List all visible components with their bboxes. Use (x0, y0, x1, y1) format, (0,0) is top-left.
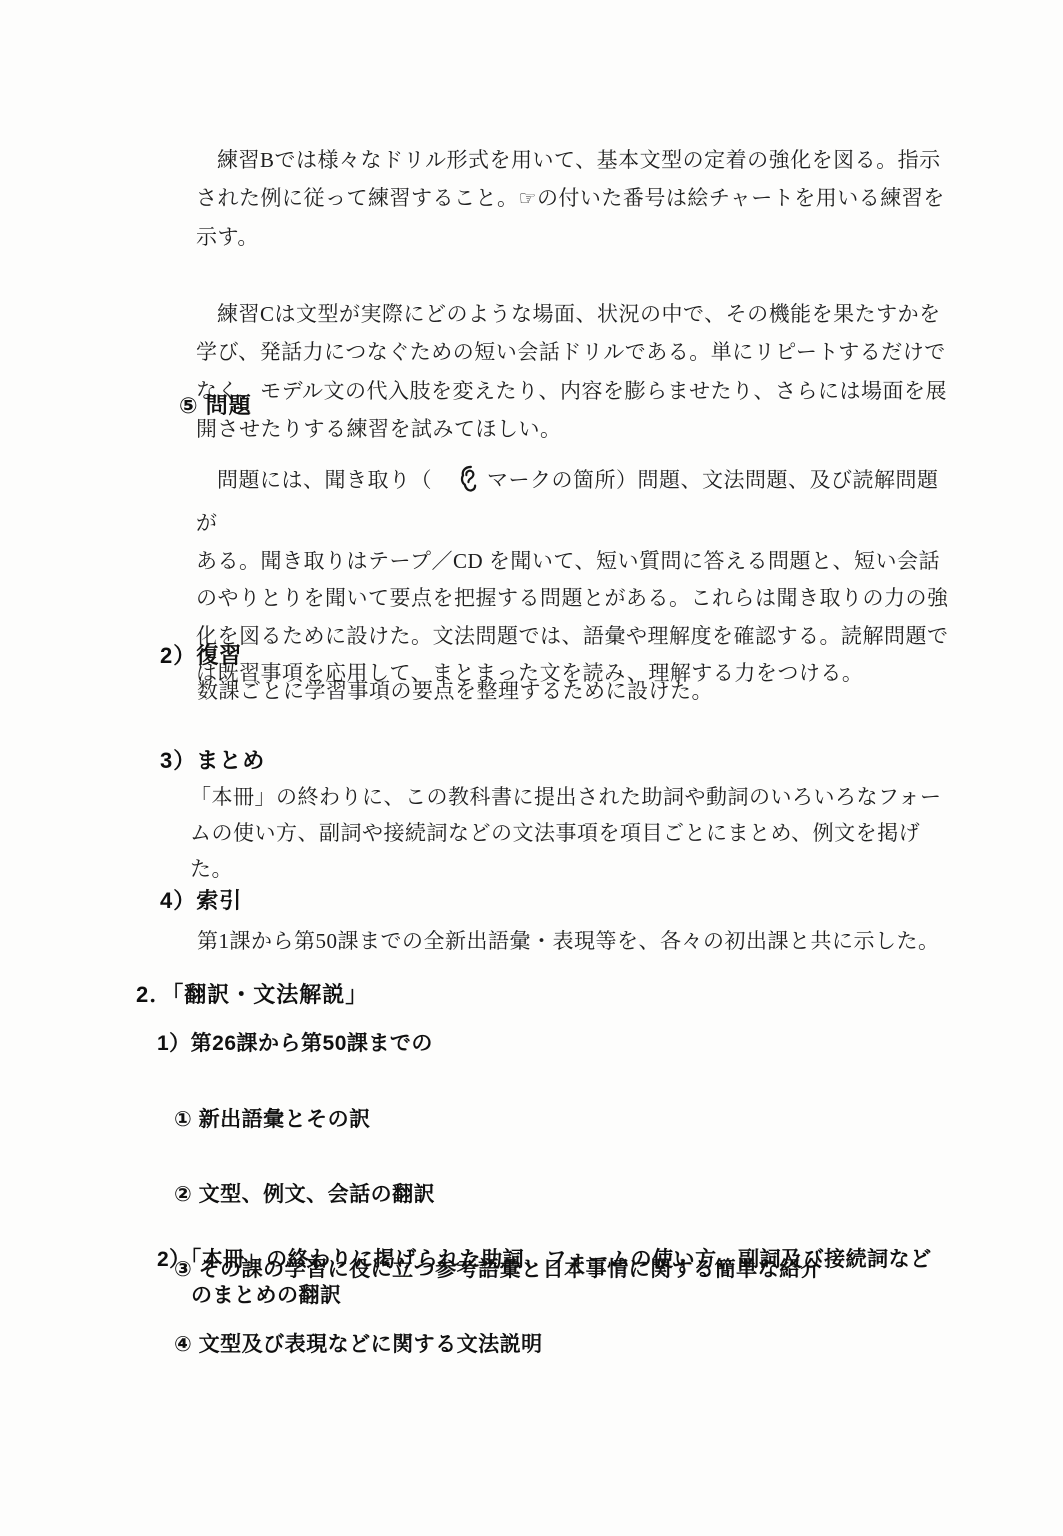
scanned-document-page: 練習Bでは様々なドリル形式を用いて、基本文型の定着の強化を図る。指示 された例に… (0, 0, 1063, 1536)
mondai-text-after-ear: マークの箇所）問題、文法問題、及び読解問題が ある。聞き取りはテープ／CD を聞… (196, 468, 949, 686)
heading-sub2-summary-translation: 2）「本冊」の終わりに掲げられた助詞、フォームの使い方、副詞及び接続詞など のま… (157, 1242, 957, 1314)
translation-contents-list: ① 新出語彙とその訳 ② 文型、例文、会話の翻訳 ③ その課の学習に役に立つ参考… (174, 1064, 822, 1401)
heading-summary: 3）まとめ (160, 747, 265, 775)
mondai-text-before-ear: 問題には、聞き取り（ (217, 468, 432, 492)
list-item-new-vocabulary: ① 新出語彙とその訳 (174, 1101, 822, 1138)
practice-c-text: 練習Cは文型が実際にどのような場面、状況の中で、その機能を果たすかを 学び、発話… (196, 302, 947, 442)
paragraph-practice-b: 練習Bでは様々なドリル形式を用いて、基本文型の定着の強化を図る。指示 された例に… (196, 141, 958, 257)
list-item-sentence-pattern-translation: ② 文型、例文、会話の翻訳 (174, 1176, 822, 1213)
heading-section5-mondai: ⑤ 問題 (179, 392, 252, 420)
ear-icon (438, 465, 480, 506)
heading-sub1-lessons-26-50: 1）第26課から第50課までの (157, 1030, 433, 1058)
heading-review: 2）復習 (160, 642, 242, 670)
heading-index: 4）索引 (160, 887, 242, 915)
paragraph-summary: 「本冊」の終わりに、この教科書に提出された助詞や動詞のいろいろなフォー ムの使い… (190, 779, 952, 887)
paragraph-review: 数課ごとに学習事項の要点を整理するために設けた。 (197, 672, 959, 711)
paragraph-index: 第1課から第50課までの全新出語彙・表現等を、各々の初出課と共に示した。 (197, 922, 959, 961)
pointing-hand-icon: ☞ (519, 186, 537, 210)
paragraph-mondai: 問題には、聞き取り（マークの箇所）問題、文法問題、及び読解問題が ある。聞き取り… (196, 462, 958, 693)
list-item-grammar-explanation: ④ 文型及び表現などに関する文法説明 (174, 1326, 822, 1363)
heading-translation-section: 2．「翻訳・文法解説」 (136, 981, 368, 1009)
